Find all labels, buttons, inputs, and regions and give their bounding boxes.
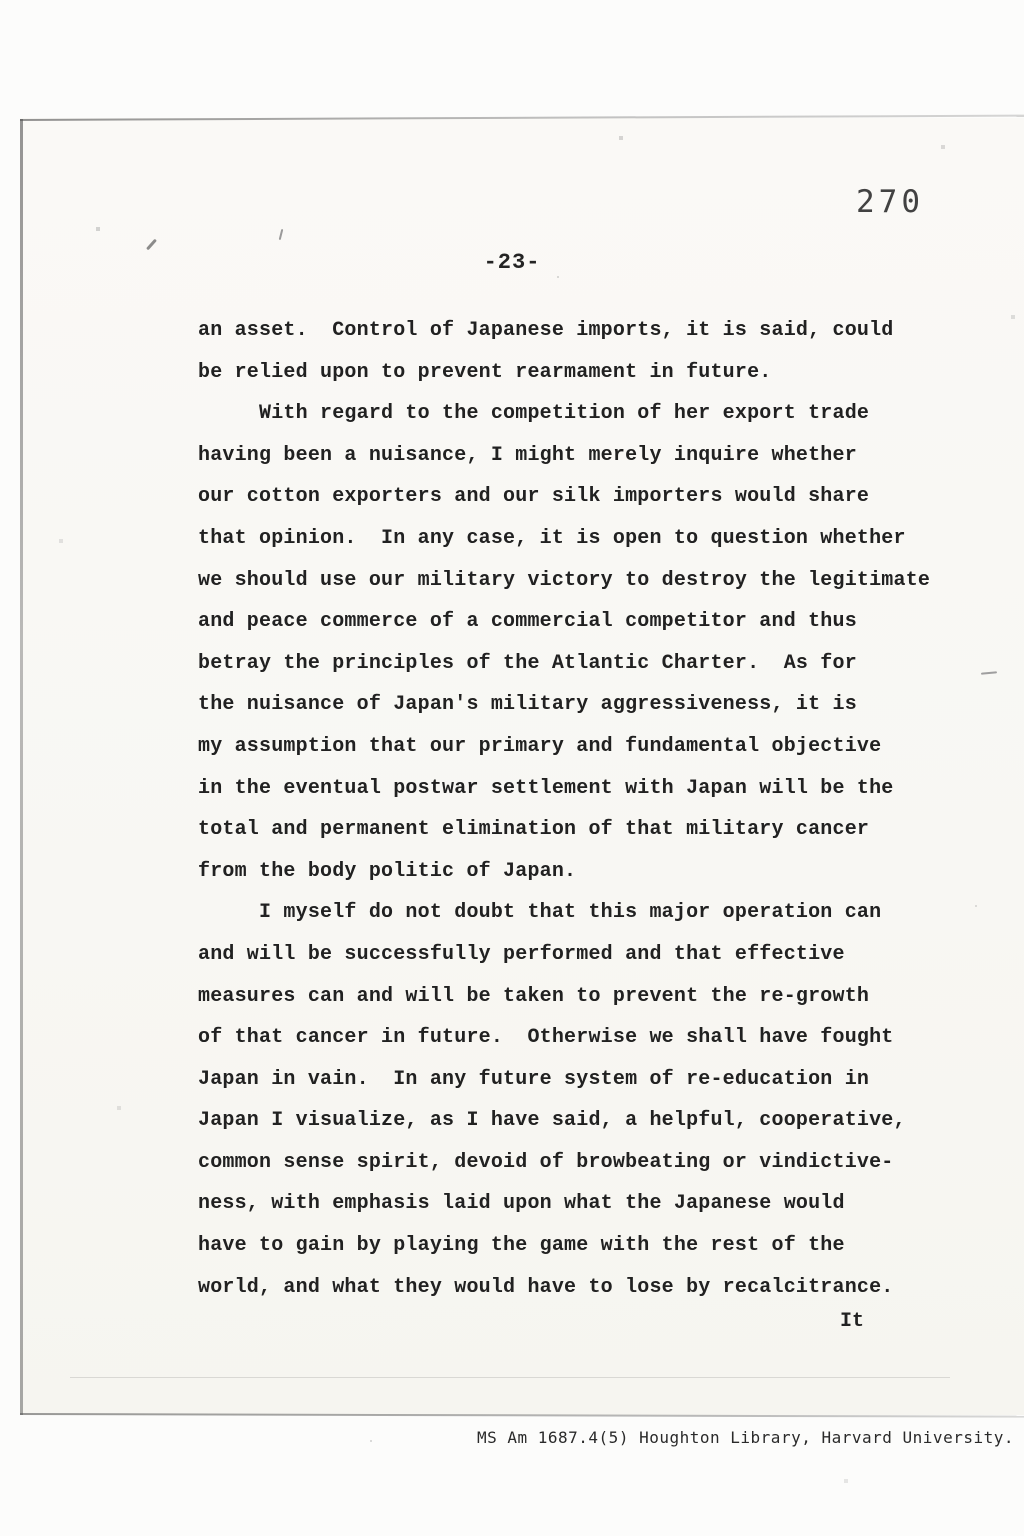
typed-line: With regard to the competition of her ex… [198,393,958,435]
typed-lines: an asset. Control of Japanese imports, i… [198,310,958,1308]
typed-line: an asset. Control of Japanese imports, i… [198,310,958,352]
typed-line: Japan in vain. In any future system of r… [198,1059,958,1101]
typed-line: in the eventual postwar settlement with … [198,768,958,810]
typed-line: I myself do not doubt that this major op… [198,892,958,934]
typed-line: ness, with emphasis laid upon what the J… [198,1183,958,1225]
scan-speckles [0,0,2,2]
typed-line: of that cancer in future. Otherwise we s… [198,1017,958,1059]
typed-page-number: -23- [0,250,1024,275]
typed-line: my assumption that our primary and funda… [198,726,958,768]
typed-line: Japan I visualize, as I have said, a hel… [198,1100,958,1142]
paper-left-edge [20,119,23,1415]
typed-line: betray the principles of the Atlantic Ch… [198,643,958,685]
typed-line: total and permanent elimination of that … [198,809,958,851]
typed-line: have to gain by playing the game with th… [198,1225,958,1267]
archive-stamp-number: 270 [856,184,924,220]
typed-line: that opinion. In any case, it is open to… [198,518,958,560]
typed-line: the nuisance of Japan's military aggress… [198,684,958,726]
typed-line: having been a nuisance, I might merely i… [198,435,958,477]
typed-line: our cotton exporters and our silk import… [198,476,958,518]
catchword: It [840,1301,864,1343]
paper-crease-line [70,1377,950,1378]
typed-line: we should use our military victory to de… [198,560,958,602]
typed-line: measures can and will be taken to preven… [198,976,958,1018]
typed-line: be relied upon to prevent rearmament in … [198,352,958,394]
typed-line: and peace commerce of a commercial compe… [198,601,958,643]
scanned-document-page: 270 -23- an asset. Control of Japanese i… [0,0,1024,1536]
typed-line: common sense spirit, devoid of browbeati… [198,1142,958,1184]
typed-line: from the body politic of Japan. [198,851,958,893]
library-catalog-caption: MS Am 1687.4(5) Houghton Library, Harvar… [477,1428,1014,1447]
typed-line: and will be successfully performed and t… [198,934,958,976]
